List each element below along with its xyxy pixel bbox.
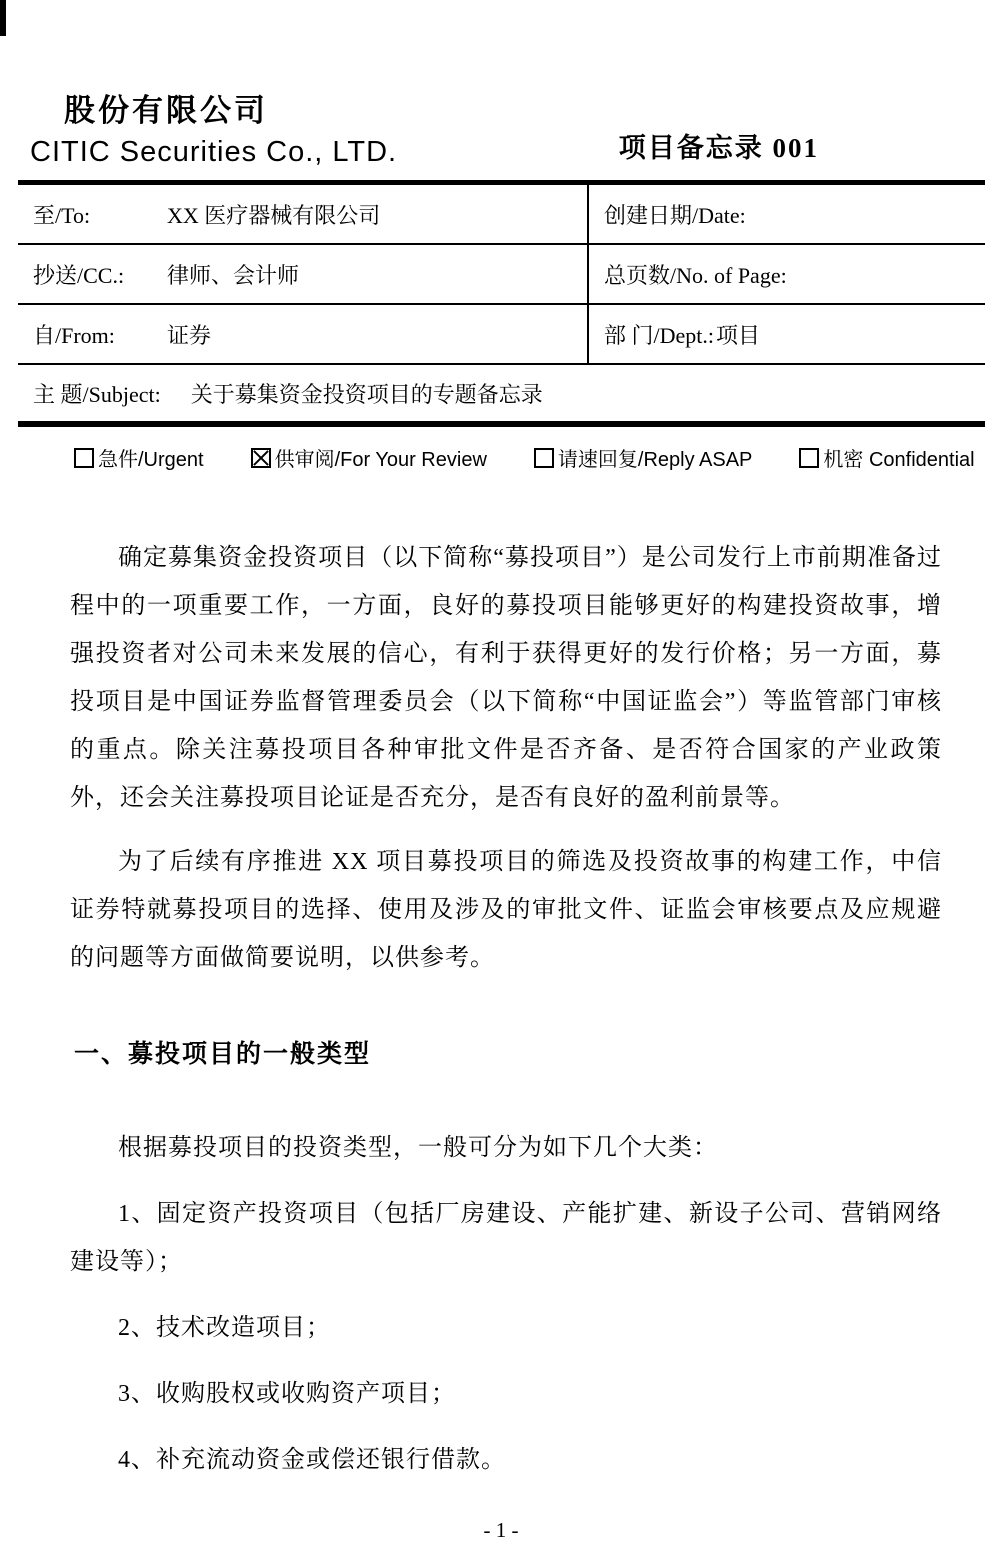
- dept-cell: 部 门/Dept.: 项目: [589, 305, 985, 363]
- memo-page: 股份有限公司 CITIC Securities Co., LTD. 项目备忘录 …: [0, 0, 1002, 1563]
- dept-value: 项目: [716, 319, 760, 350]
- flag-reply-asap: 请速回复/Reply ASAP: [534, 443, 753, 472]
- table-row-cc: 抄送/CC.: 律师、会计师 总页数/No. of Page:: [18, 245, 985, 305]
- cc-value: 律师、会计师: [167, 259, 299, 290]
- subject-value: 关于募集资金投资项目的专题备忘录: [191, 378, 543, 409]
- section-1-heading: 一、募投项目的一般类型: [74, 1038, 942, 1072]
- memo-body: 确定募集资金投资项目（以下简称“募投项目”）是公司发行上市前期准备过程中的一项重…: [70, 534, 942, 1484]
- list-item-4: 4、补充流动资金或偿还银行借款。: [70, 1436, 942, 1484]
- scan-artifact-mark: [0, 0, 6, 36]
- confidential-checkbox-icon[interactable]: [799, 448, 819, 468]
- subject-label: 主 题/Subject:: [33, 378, 161, 409]
- from-value: 证券: [167, 319, 211, 350]
- cc-cell: 抄送/CC.: 律师、会计师: [18, 245, 589, 303]
- table-row-subject: 主 题/Subject: 关于募集资金投资项目的专题备忘录: [18, 365, 985, 421]
- company-name-english: CITIC Securities Co., LTD.: [30, 135, 397, 169]
- list-item-1: 1、固定资产投资项目（包括厂房建设、产能扩建、新设子公司、营销网络建设等）；: [70, 1190, 942, 1286]
- to-value: XX 医疗器械有限公司: [167, 199, 380, 230]
- flag-row: 急件/Urgent 供审阅/For Your Review 请速回复/Reply…: [0, 427, 1002, 472]
- page-count-label: 总页数/No. of Page:: [604, 259, 787, 290]
- flag-confidential: 机密 Confidential: [799, 443, 974, 472]
- cc-label: 抄送/CC.:: [33, 259, 135, 290]
- date-cell: 创建日期/Date:: [589, 185, 985, 243]
- section-1-intro: 根据募投项目的投资类型，一般可分为如下几个大类：: [70, 1124, 942, 1172]
- page-count-cell: 总页数/No. of Page:: [589, 245, 985, 303]
- flag-urgent: 急件/Urgent: [74, 443, 204, 472]
- flag-for-your-review: 供审阅/For Your Review: [251, 443, 487, 472]
- body-paragraph-2: 为了后续有序推进 XX 项目募投项目的筛选及投资故事的构建工作，中信证券特就募投…: [70, 838, 942, 982]
- dept-label: 部 门/Dept.:: [604, 319, 714, 350]
- list-item-3: 3、收购股权或收购资产项目；: [70, 1370, 942, 1418]
- page-number: - 1 -: [0, 1518, 1002, 1543]
- for-your-review-checkbox-icon[interactable]: [251, 448, 271, 468]
- reply-asap-checkbox-icon[interactable]: [534, 448, 554, 468]
- reply-asap-label: 请速回复/Reply ASAP: [558, 443, 753, 472]
- body-paragraph-1: 确定募集资金投资项目（以下简称“募投项目”）是公司发行上市前期准备过程中的一项重…: [70, 534, 942, 822]
- list-item-2: 2、技术改造项目；: [70, 1304, 942, 1352]
- to-label: 至/To:: [33, 199, 135, 230]
- from-cell: 自/From: 证券: [18, 305, 589, 363]
- to-cell: 至/To: XX 医疗器械有限公司: [18, 185, 589, 243]
- table-row-from: 自/From: 证券 部 门/Dept.: 项目: [18, 305, 985, 365]
- memo-title: 项目备忘录 001: [619, 126, 819, 165]
- confidential-label: 机密 Confidential: [823, 443, 974, 472]
- from-label: 自/From:: [33, 319, 135, 350]
- memo-header: 股份有限公司 CITIC Securities Co., LTD. 项目备忘录 …: [0, 0, 1002, 169]
- memo-info-table: 至/To: XX 医疗器械有限公司 创建日期/Date: 抄送/CC.: 律师、…: [18, 180, 985, 427]
- date-label: 创建日期/Date:: [604, 199, 746, 230]
- for-your-review-label: 供审阅/For Your Review: [275, 443, 487, 472]
- urgent-checkbox-icon[interactable]: [74, 448, 94, 468]
- table-row-to: 至/To: XX 医疗器械有限公司 创建日期/Date:: [18, 185, 985, 245]
- company-name-chinese: 股份有限公司: [30, 92, 397, 130]
- urgent-label: 急件/Urgent: [98, 443, 204, 472]
- company-block: 股份有限公司 CITIC Securities Co., LTD.: [30, 92, 397, 169]
